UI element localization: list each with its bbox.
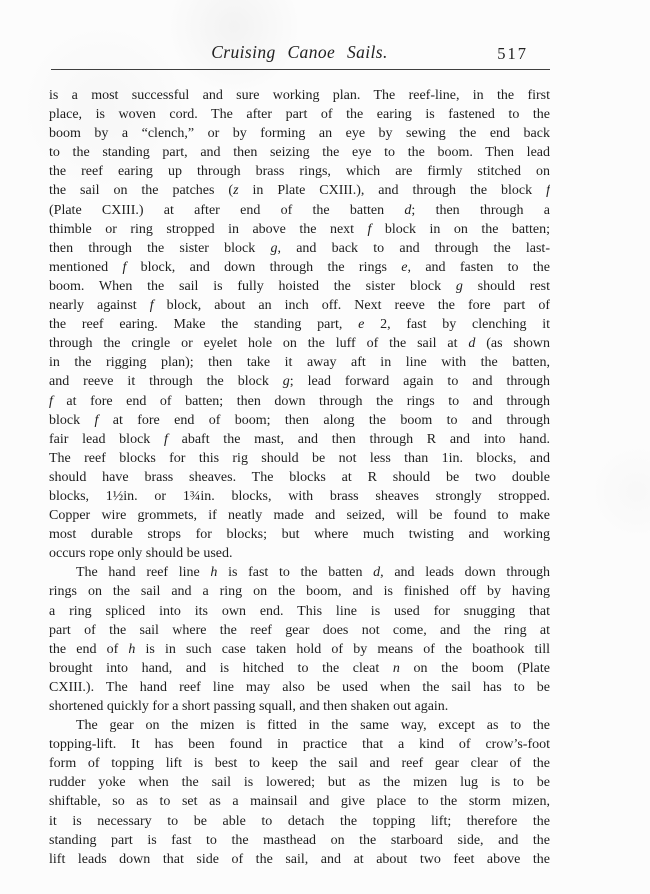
- running-title: Cruising Canoe Sails.: [49, 42, 550, 63]
- page-number: 517: [497, 44, 528, 64]
- text-line: rudder yoke when the sail is lowered; bu…: [49, 773, 550, 792]
- text-line: shortened quickly for a short passing sq…: [49, 697, 550, 716]
- text-line: it is necessary to be able to detach the…: [49, 812, 550, 831]
- text-line: part of the sail where the reef gear doe…: [49, 621, 550, 640]
- text-line: the sail on the patches (z in Plate CXII…: [49, 181, 550, 200]
- text-line: and reeve it through the block g; lead f…: [49, 372, 550, 391]
- text-line: topping-lift. It has been found in pract…: [49, 735, 550, 754]
- text-line: the reef earing. Make the standing part,…: [49, 315, 550, 334]
- text-line: to the standing part, and then seizing t…: [49, 143, 550, 162]
- text-line: is a most successful and sure working pl…: [49, 86, 550, 105]
- text-line: boom by a “clench,” or by forming an eye…: [49, 124, 550, 143]
- text-line: should have brass sheaves. The blocks at…: [49, 468, 550, 487]
- text-line: The reef blocks for this rig should be n…: [49, 449, 550, 468]
- text-line: most durable strops for blocks; but wher…: [49, 525, 550, 544]
- text-line: form of topping lift is best to keep the…: [49, 754, 550, 773]
- text-line: brought into hand, and is hitched to the…: [49, 659, 550, 678]
- text-line: standing part is fast to the masthead on…: [49, 831, 550, 850]
- text-line: f at fore end of batten; then down throu…: [49, 392, 550, 411]
- text-line: mentioned f block, and down through the …: [49, 258, 550, 277]
- text-line: CXIII.). The hand reef line may also be …: [49, 678, 550, 697]
- text-line: a ring spliced into its own end. This li…: [49, 602, 550, 621]
- text-line: in the rigging plan); then take it away …: [49, 353, 550, 372]
- text-line: the reef earing up through brass rings, …: [49, 162, 550, 181]
- text-line: boom. When the sail is fully hoisted the…: [49, 277, 550, 296]
- text-line: thimble or ring stropped in above the ne…: [49, 220, 550, 239]
- text-line: then through the sister block g, and bac…: [49, 239, 550, 258]
- text-line: rings on the sail and a ring on the boom…: [49, 582, 550, 601]
- text-line: Copper wire grommets, if neatly made and…: [49, 506, 550, 525]
- text-line: nearly against f block, about an inch of…: [49, 296, 550, 315]
- text-line: The hand reef line h is fast to the batt…: [49, 563, 550, 582]
- text-line: the end of h is in such case taken hold …: [49, 640, 550, 659]
- book-page: Cruising Canoe Sails. 517 is a most succ…: [0, 0, 650, 894]
- text-line: The gear on the mizen is fitted in the s…: [49, 716, 550, 735]
- paragraph: is a most successful and sure working pl…: [49, 86, 550, 563]
- page-body: is a most successful and sure working pl…: [49, 86, 550, 869]
- header-rule: [51, 69, 550, 70]
- text-line: place, is woven cord. The after part of …: [49, 105, 550, 124]
- text-line: blocks, 1½in. or 1¾in. blocks, with bras…: [49, 487, 550, 506]
- text-line: shiftable, so as to set as a mainsail an…: [49, 792, 550, 811]
- text-line: through the cringle or eyelet hole on th…: [49, 334, 550, 353]
- text-line: block f at fore end of boom; then along …: [49, 411, 550, 430]
- text-line: (Plate CXIII.) at after end of the batte…: [49, 201, 550, 220]
- text-line: lift leads down that side of the sail, a…: [49, 850, 550, 869]
- paragraph: The gear on the mizen is fitted in the s…: [49, 716, 550, 869]
- text-line: occurs rope only should be used.: [49, 544, 550, 563]
- paragraph: The hand reef line h is fast to the batt…: [49, 563, 550, 716]
- text-line: fair lead block f abaft the mast, and th…: [49, 430, 550, 449]
